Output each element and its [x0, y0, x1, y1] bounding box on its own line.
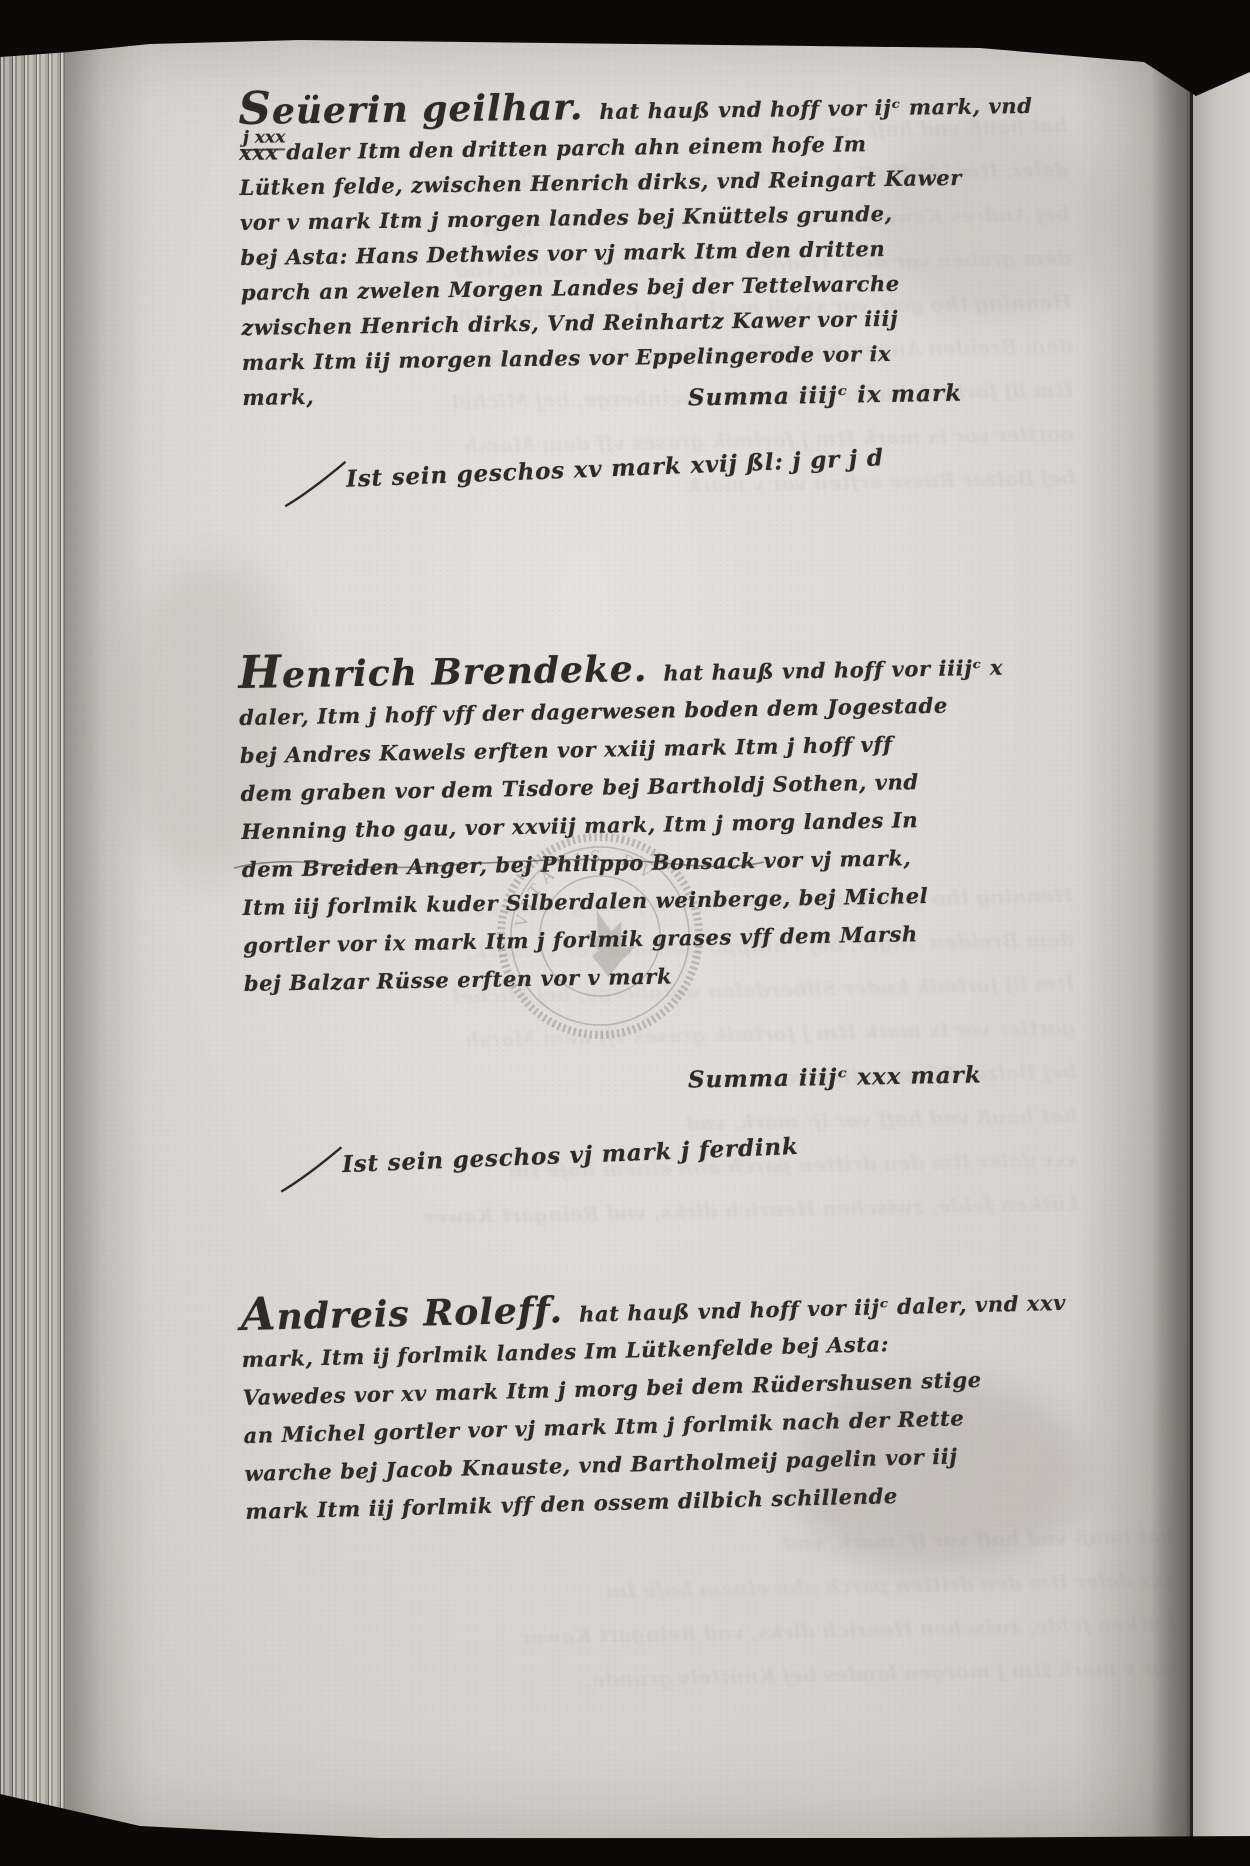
entry-body: xxx daler Itm den dritten parch ahn eine… [239, 124, 1037, 415]
book-photo: hat hauß vnd hoff vor iiijᶜ xdaler, Itm … [0, 0, 1250, 1866]
adjacent-page-edge [1193, 50, 1250, 1850]
entry-body: mark, Itm ij forlmik landes Im Lütkenfel… [241, 1321, 1071, 1531]
pen-flourish [275, 1145, 347, 1194]
correction-stroke [232, 852, 772, 878]
interlinear-insert: j xxx [243, 127, 286, 151]
entry-name: Andreis Roleff. [240, 1280, 564, 1341]
entry-name: Seüerin geilhar. [238, 77, 584, 135]
summa-line: Summa iiijᶜ xxx mark [688, 1061, 982, 1093]
ledger-entry-henrich-brendeke: Henrich Brendeke. hat hauß vnd hoff vor … [238, 633, 1009, 1003]
entry-body: daler, Itm j hoff vff der dagerwesen bod… [239, 686, 1009, 1003]
summa-line: Summa iiijᶜ ix mark [688, 380, 962, 412]
ledger-entry-seuerin-geilhar: Seüerin geilhar. hat hauß vnd hoff vor i… [238, 71, 1037, 415]
manuscript-line: hat hauß vnd hoff vor ijᶜ mark, vnd [599, 93, 1032, 124]
pen-flourish [279, 460, 351, 509]
show-through-text: hat hauß vnd hoff vor ijᶜ mark, vndxxx d… [518, 1513, 1178, 1703]
entry-name: Henrich Brendeke. [238, 639, 648, 699]
ledger-entry-andreis-roleff: Andreis Roleff. hat hauß vnd hoff vor ii… [240, 1268, 1071, 1531]
manuscript-line: hat hauß vnd hoff vor iiijᶜ x [663, 655, 1003, 686]
page-left-shadow [64, 38, 148, 1838]
manuscript-line: hat hauß vnd hoff vor iijᶜ daler, vnd xx… [579, 1290, 1066, 1327]
